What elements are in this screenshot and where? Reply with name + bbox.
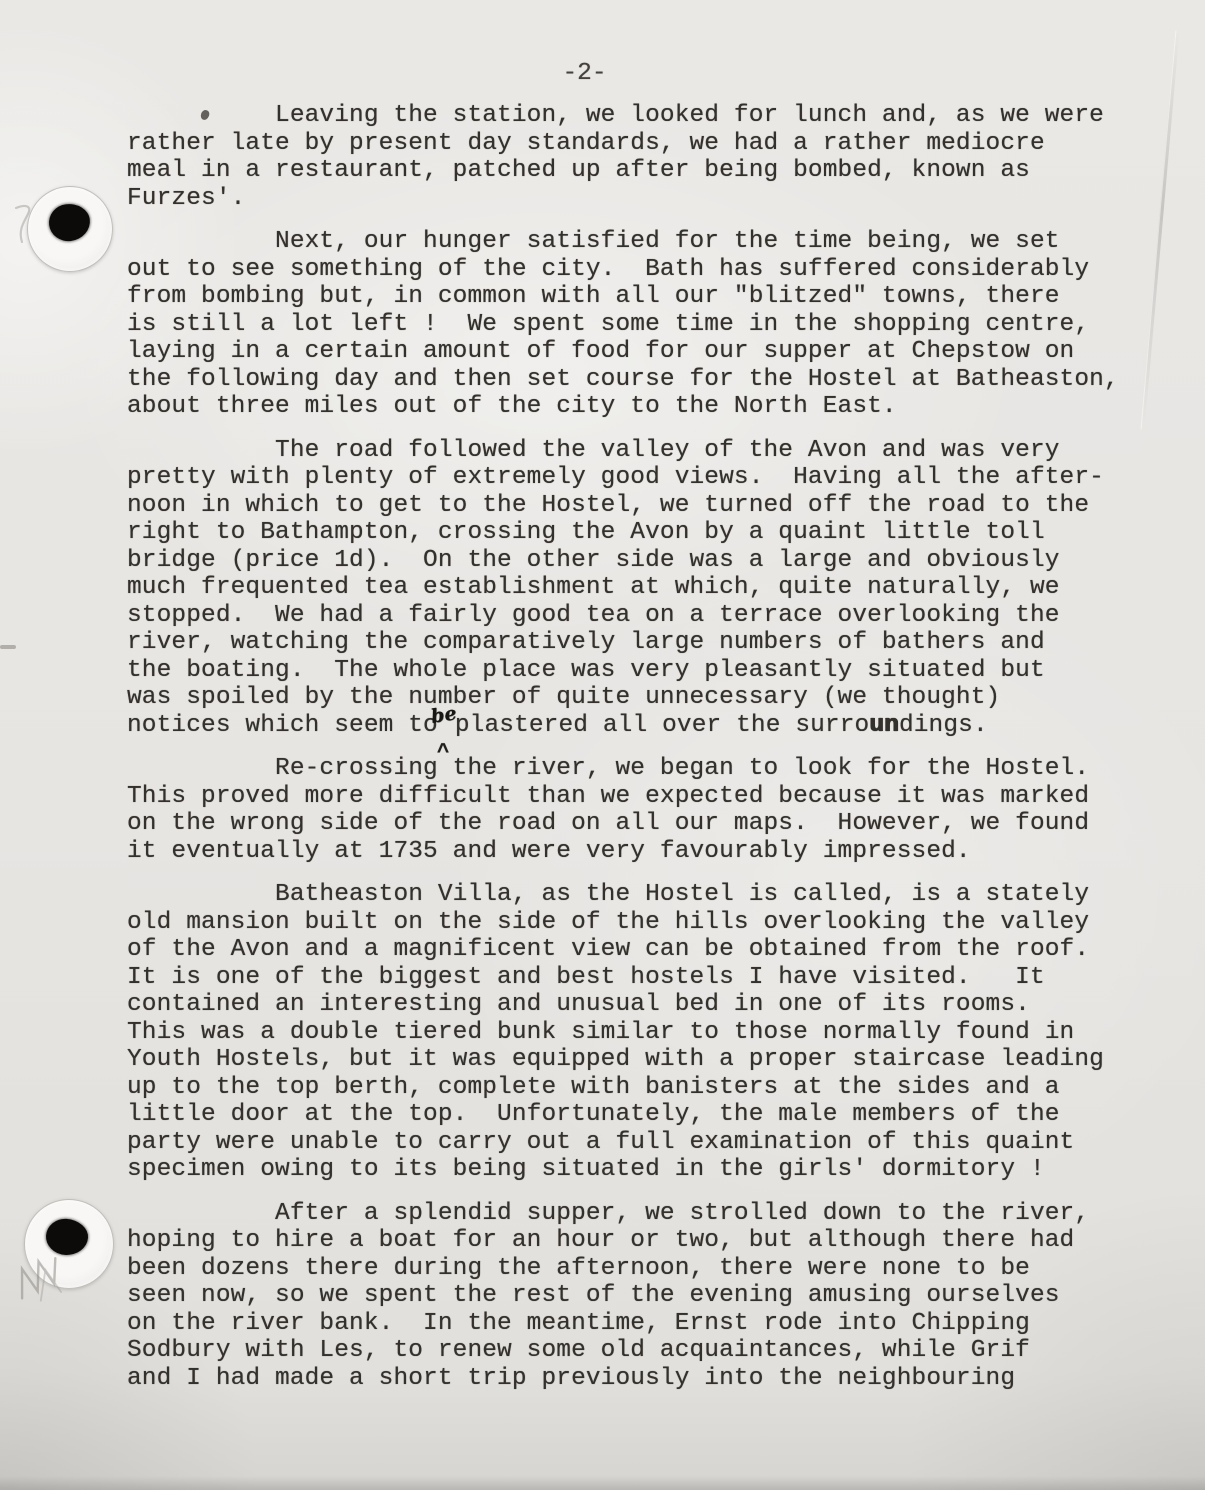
text-line: little door at the top. Unfortunately, t… [127, 1101, 1139, 1129]
text-segment: dings. [899, 712, 988, 739]
punch-hole-top-opening [47, 202, 92, 244]
text-line: After a splendid supper, we strolled dow… [127, 1200, 1139, 1228]
text-segment: plastered all over the [455, 712, 795, 739]
text-line: up to the top berth, complete with banis… [127, 1074, 1139, 1102]
text-line: contained an interesting and unusual bed… [127, 991, 1139, 1019]
text-line: Leaving the station, we looked for lunch… [127, 102, 1139, 130]
text-line: Next, our hunger satisfied for the time … [127, 228, 1139, 256]
text-line: party were unable to carry out a full ex… [127, 1129, 1139, 1157]
text-line: stopped. We had a fairly good tea on a t… [127, 602, 1139, 630]
pencil-dash [0, 645, 16, 649]
text-line: and I had made a short trip previously i… [127, 1365, 1139, 1393]
text-line: seen now, so we spent the rest of the ev… [127, 1282, 1139, 1310]
text-line: Furzes'. [127, 185, 1139, 213]
text-line: about three miles out of the city to the… [127, 393, 1139, 421]
text-line: hoping to hire a boat for an hour or two… [127, 1227, 1139, 1255]
text-line: right to Bathampton, crossing the Avon b… [127, 519, 1139, 547]
text-line: the following day and then set course fo… [127, 366, 1139, 394]
text-line: Sodbury with Les, to renew some old acqu… [127, 1337, 1139, 1365]
caret-icon: ^ [437, 743, 450, 764]
paragraph-avon-valley: The road followed the valley of the Avon… [127, 437, 1139, 740]
inserted-word: be [430, 704, 458, 727]
scanned-document-page: -2- Leaving the station, we looked for l… [0, 0, 1205, 1490]
text-line: The road followed the valley of the Avon… [127, 437, 1139, 465]
text-line: the boating. The whole place was very pl… [127, 657, 1139, 685]
paragraph-city-tour: Next, our hunger satisfied for the time … [127, 228, 1139, 421]
paper-crease [1141, 31, 1180, 430]
text-line: from bombing but, in common with all our… [127, 283, 1139, 311]
text-line: meal in a restaurant, patched up after b… [127, 157, 1139, 185]
text-line: old mansion built on the side of the hil… [127, 909, 1139, 937]
text-line: it eventually at 1735 and were very favo… [127, 838, 1139, 866]
text-line: was spoiled by the number of quite unnec… [127, 684, 1139, 712]
handwritten-insertion: be^ [438, 730, 455, 731]
text-line: pretty with plenty of extremely good vie… [127, 464, 1139, 492]
paragraph-lunch: Leaving the station, we looked for lunch… [127, 102, 1139, 212]
text-line: on the wrong side of the road on all our… [127, 810, 1139, 838]
text-line: river, watching the comparatively large … [127, 629, 1139, 657]
paragraph-batheaston-villa: Batheaston Villa, as the Hostel is calle… [127, 881, 1139, 1184]
text-line: specimen owing to its being situated in … [127, 1156, 1139, 1184]
text-segment: surro [795, 712, 869, 739]
text-line: This was a double tiered bunk similar to… [127, 1019, 1139, 1047]
text-line: rather late by present day standards, we… [127, 130, 1139, 158]
pencil-scribble-top [12, 200, 42, 250]
page-number: -2- [127, 60, 1042, 88]
text-line: out to see something of the city. Bath h… [127, 256, 1139, 284]
text-line: bridge (price 1d). On the other side was… [127, 547, 1139, 575]
text-line: been dozens there during the afternoon, … [127, 1255, 1139, 1283]
document-body: Leaving the station, we looked for lunch… [127, 102, 1139, 1408]
text-line: This proved more difficult than we expec… [127, 783, 1139, 811]
corrected-text-line: notices which seem tobe^plastered all ov… [127, 712, 1139, 740]
overtyped-correction: un [869, 712, 899, 739]
text-line: Batheaston Villa, as the Hostel is calle… [127, 881, 1139, 909]
text-segment: notices which seem to [127, 712, 438, 739]
text-line: It is one of the biggest and best hostel… [127, 964, 1139, 992]
text-line: noon in which to get to the Hostel, we t… [127, 492, 1139, 520]
paragraph-finding-hostel: Re-crossing the river, we began to look … [127, 755, 1139, 865]
paragraph-evening: After a splendid supper, we strolled dow… [127, 1200, 1139, 1393]
text-line: on the river bank. In the meantime, Erns… [127, 1310, 1139, 1338]
text-line: is still a lot left ! We spent some time… [127, 311, 1139, 339]
text-line: Re-crossing the river, we began to look … [127, 755, 1139, 783]
text-line: laying in a certain amount of food for o… [127, 338, 1139, 366]
text-line: much frequented tea establishment at whi… [127, 574, 1139, 602]
text-line: Youth Hostels, but it was equipped with … [127, 1046, 1139, 1074]
text-line: of the Avon and a magnificent view can b… [127, 936, 1139, 964]
